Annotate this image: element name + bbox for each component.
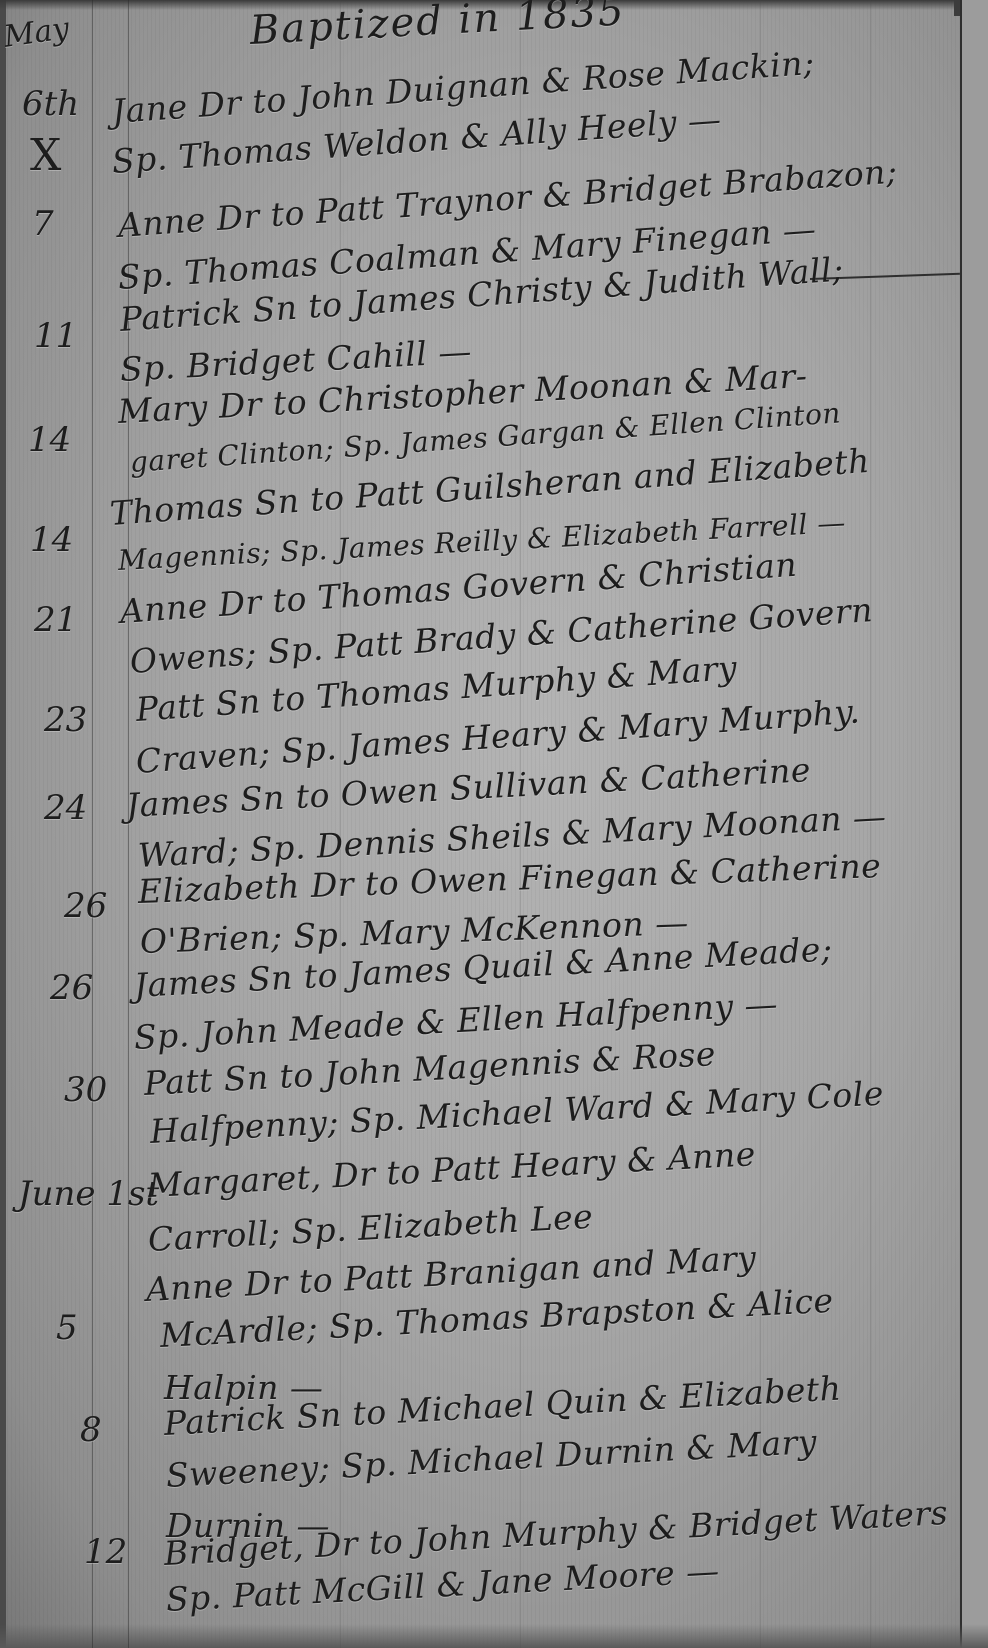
entry-date: 5 [56, 1308, 78, 1348]
page-bottom-shadow [0, 1624, 988, 1648]
entry-date: 12 [84, 1532, 127, 1572]
page-heading: Baptized in 1835 [249, 0, 627, 54]
entry-date: 11 [34, 316, 77, 356]
entry-date: 21 [34, 600, 77, 640]
register-page: Baptized in 1835 May X 6th Jane Dr to Jo… [0, 0, 988, 1648]
cross-mark: X [30, 130, 61, 181]
entry-date: June 1st [18, 1174, 159, 1214]
entry-date: 26 [50, 968, 93, 1008]
margin-rule-left [92, 0, 93, 1648]
entry-date: 8 [80, 1410, 102, 1450]
page-left-edge [0, 0, 6, 1648]
entry-date: 23 [44, 700, 87, 740]
month-label-may: May [2, 11, 72, 55]
entry-date: 14 [28, 420, 71, 460]
entry-date: 26 [64, 886, 107, 926]
entry-date: 7 [32, 204, 54, 244]
entry-date: 14 [30, 520, 73, 560]
adjacent-page-edge [960, 0, 988, 1648]
entry-date: 30 [64, 1070, 107, 1110]
entry-date: 6th [22, 84, 79, 124]
entry-date: 24 [44, 788, 87, 828]
